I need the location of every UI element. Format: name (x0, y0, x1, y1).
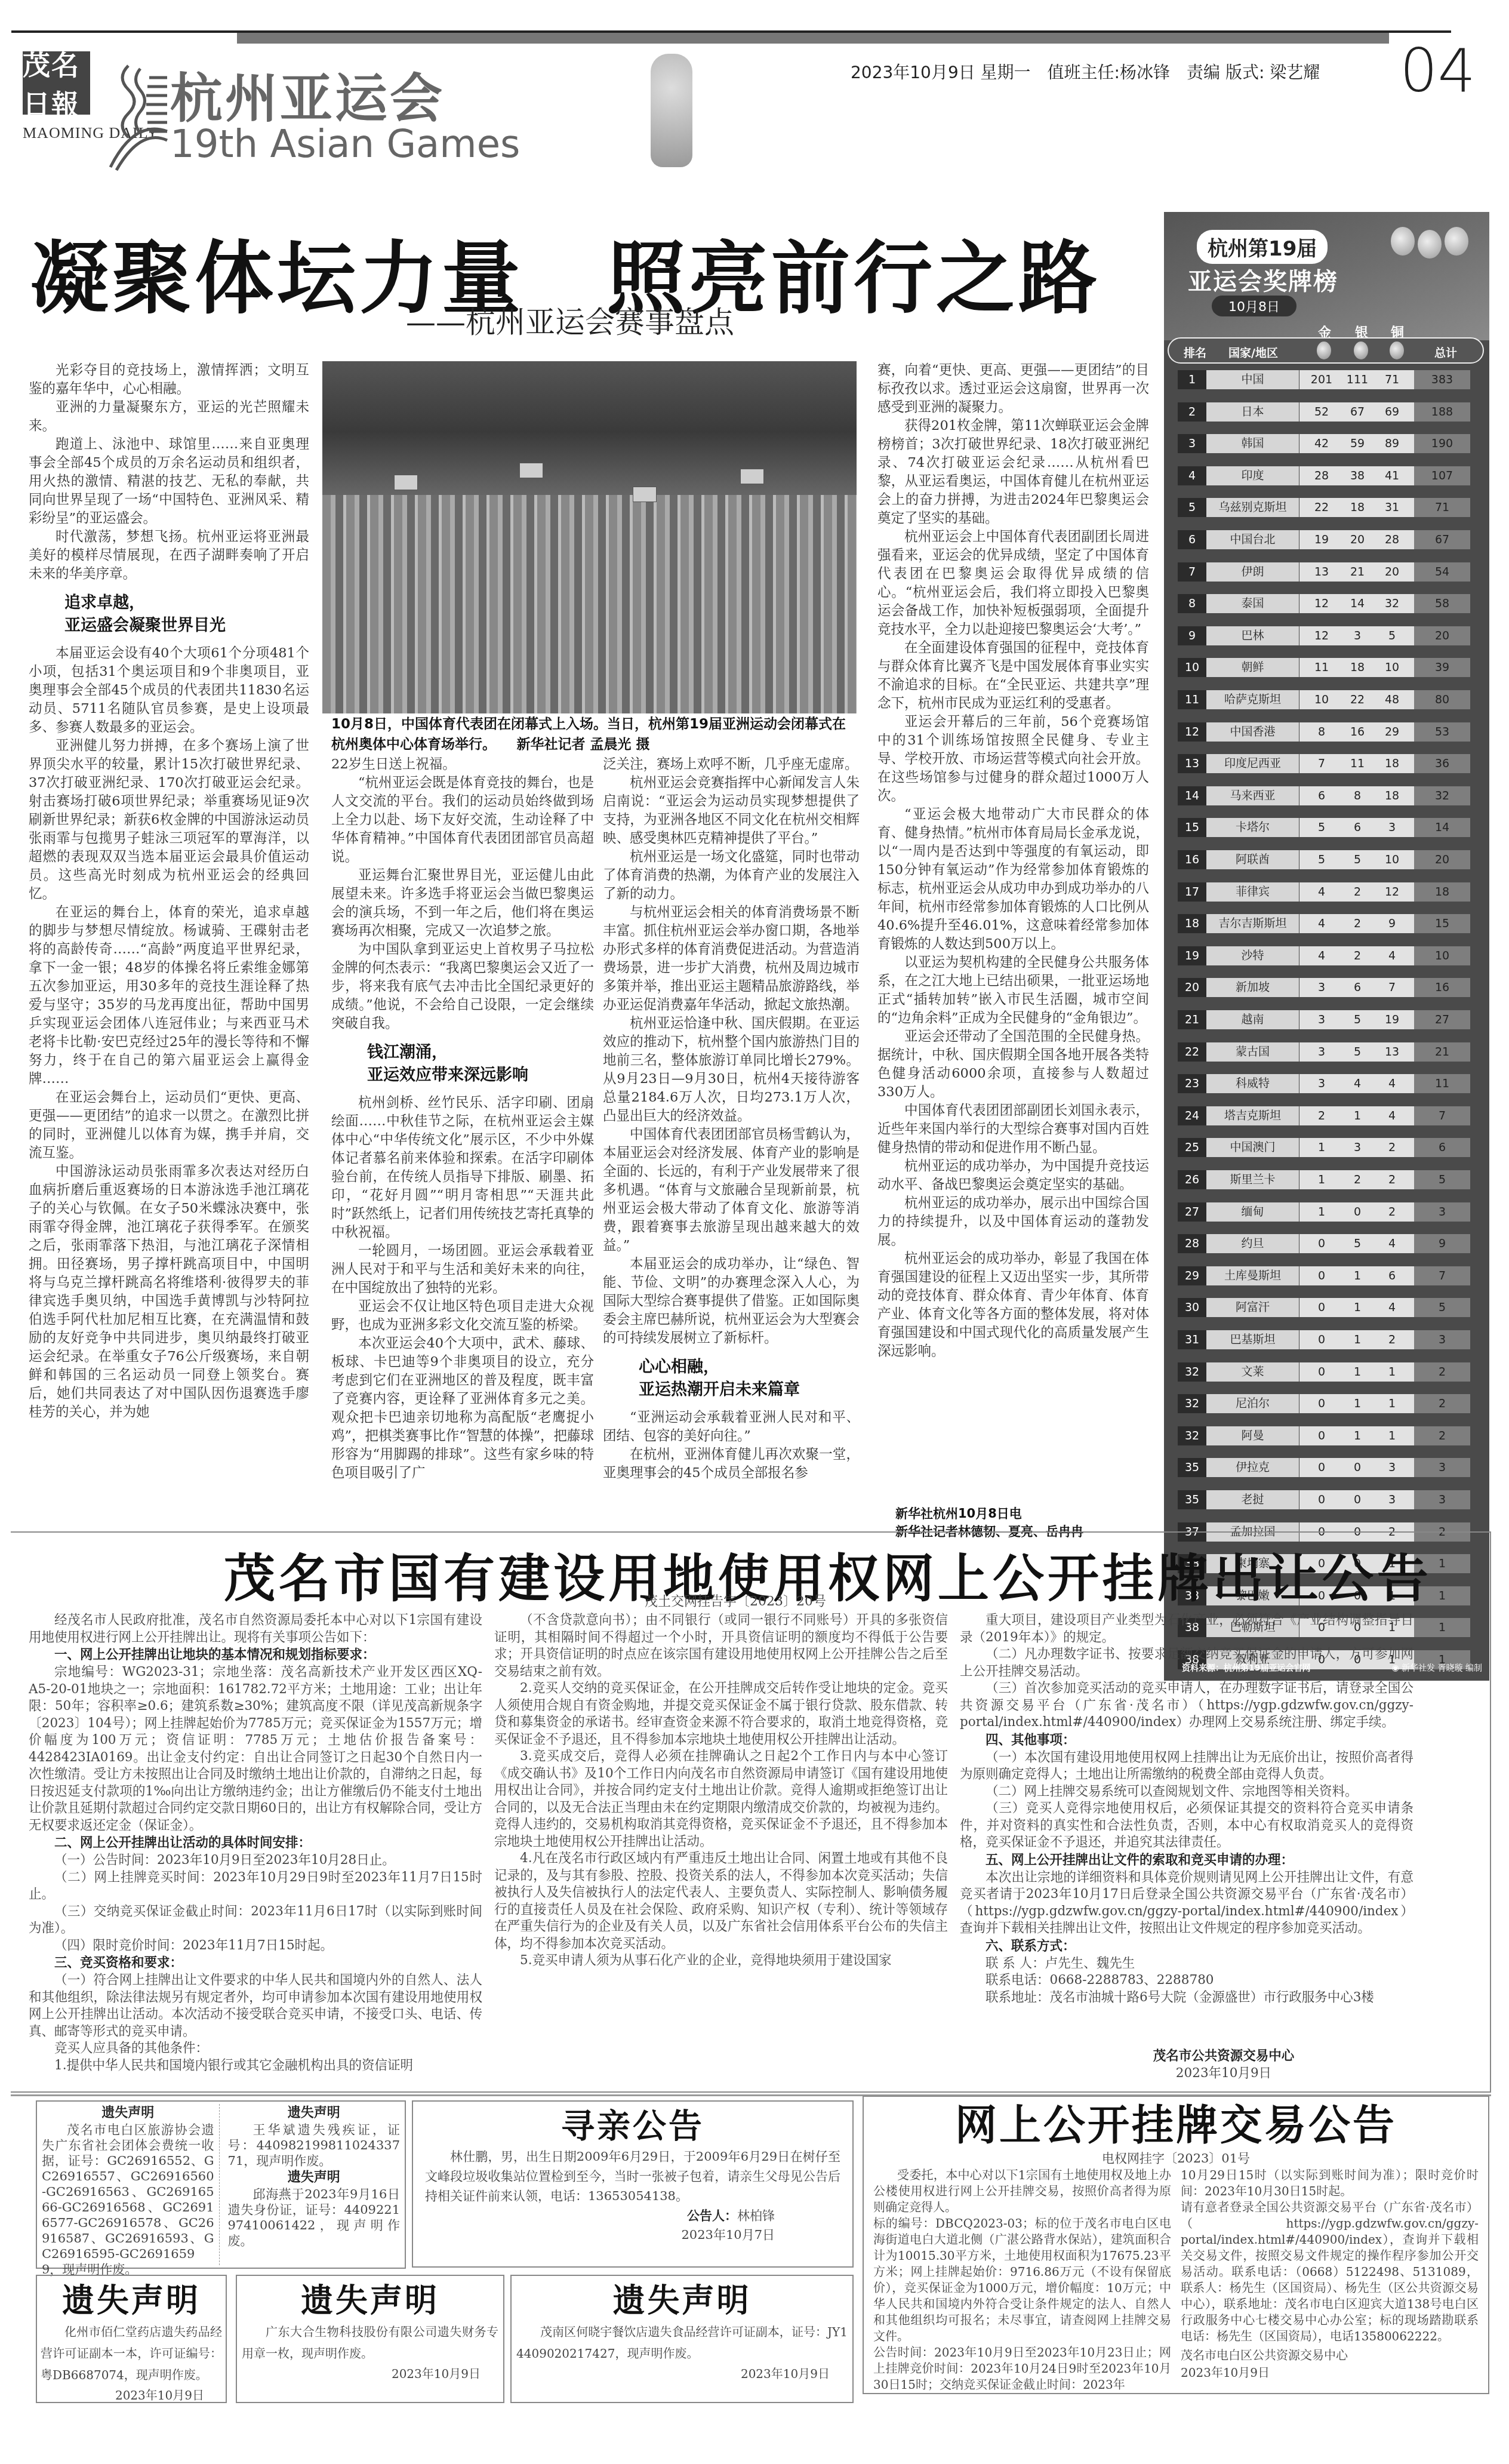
silver-count: 111 (1342, 370, 1372, 389)
total-count: 2 (1414, 1426, 1470, 1445)
notice-section-heading: 六、联系方式： (960, 1937, 1413, 1955)
silver-count: 59 (1342, 434, 1372, 453)
header-rank: 排名 (1184, 344, 1206, 361)
lost-notices-small-box: 遗失声明 茂名市电白区旅游协会遗失广东省社会团体会费统一收据，证号：GC2691… (36, 2100, 406, 2269)
notice-paragraph: 联系地址：茂名市油城十路6号大院（金源盛世）市行政服务中心3楼 (960, 1989, 1413, 2007)
bronze-count: 18 (1377, 754, 1407, 773)
article-column-2: 22岁生日送上祝福。 “杭州亚运会既是体育竞技的舞台，也是人文交流的平台。我们的… (331, 755, 594, 1525)
silver-count: 1 (1342, 1330, 1372, 1349)
country: 菲律宾 (1206, 882, 1299, 902)
medal-counts: 003 (1299, 1458, 1414, 1477)
medal-counts: 003 (1299, 1490, 1414, 1509)
silver-count: 2 (1342, 946, 1372, 965)
family-search-body: 林仕鹏，男，出生日期2009年6月29日，于2009年6月29日在树仔至文峰段垃… (425, 2147, 840, 2206)
total-count: 67 (1414, 530, 1470, 549)
notice-section-heading: 五、网上公开挂牌出让文件的索取和竞买申请的办理： (960, 1851, 1413, 1869)
rank: 5 (1178, 498, 1206, 517)
land-notice-signature: 茂名市公共资源交易中心 (1134, 2048, 1313, 2065)
bronze-count: 7 (1377, 978, 1407, 997)
total-count: 7 (1414, 1266, 1470, 1285)
country: 尼泊尔 (1206, 1394, 1299, 1413)
medal-counts: 71118 (1299, 754, 1414, 773)
total-count: 2 (1414, 1394, 1470, 1413)
notice-paragraph: 联 系 人：卢先生、魏先生 (960, 1955, 1413, 1973)
silver-count: 0 (1342, 1202, 1372, 1222)
country: 塔吉克斯坦 (1206, 1106, 1299, 1125)
paragraph: 跑道上、泳池中、球馆里……来自亚奥理事会全部45个成员的万余名运动员和组织者，用… (29, 435, 309, 528)
bronze-count: 32 (1377, 594, 1407, 613)
total-count: 20 (1414, 626, 1470, 645)
silver-count: 1 (1342, 1362, 1372, 1382)
total-count: 80 (1414, 690, 1470, 709)
total-count: 18 (1414, 882, 1470, 902)
paragraph: 杭州亚运是一场文化盛筵，同时也带动了体育消费的热潮，为体育产业的发展注入了新的动… (603, 848, 860, 903)
byline-dateline: 新华社杭州10月8日电 (895, 1505, 1083, 1522)
medal-table-row: 11哈萨克斯坦10224880 (1178, 690, 1470, 709)
rank: 16 (1178, 850, 1206, 869)
medal-counts: 1235 (1299, 626, 1414, 645)
total-count: 58 (1414, 594, 1470, 613)
bronze-medal-icon (1445, 227, 1468, 256)
bronze-count: 4 (1377, 1074, 1407, 1093)
medal-counts: 122 (1299, 1170, 1414, 1189)
gold-count: 11 (1307, 658, 1336, 677)
silver-count: 5 (1342, 850, 1372, 869)
medal-table-row: 12中国香港8162953 (1178, 722, 1470, 742)
medal-counts: 011 (1299, 1362, 1414, 1382)
medal-table-row: 5乌兹别克斯坦22183171 (1178, 498, 1470, 517)
total-count: 9 (1414, 1234, 1470, 1253)
gold-count: 19 (1307, 530, 1336, 549)
medal-counts: 012 (1299, 1330, 1414, 1349)
rank: 31 (1178, 1330, 1206, 1349)
country: 新加坡 (1206, 978, 1299, 997)
online-listing-column-1: 受委托，本中心对以下1宗国有土地使用权及地上办公楼使用权进行网上公开挂牌交易，按… (873, 2167, 1171, 2393)
rank: 32 (1178, 1426, 1206, 1445)
lost-notice-date: 2023年10月9日 (41, 2386, 204, 2403)
total-count: 190 (1414, 434, 1470, 453)
silver-count: 1 (1342, 1266, 1372, 1285)
notice-paragraph: （一）本次国有建设用地使用权网上挂牌出让为无底价出让，按照价高者得为原则确定竞得… (960, 1749, 1413, 1783)
notice-paragraph: 4.凡在茂名市行政区域内有严重违反土地出让合同、闲置土地或有其他不良记录的，及与… (494, 1850, 948, 1952)
rank: 13 (1178, 754, 1206, 773)
paragraph: 本次亚运会40个大项中，武术、藤球、板球、卡巴迪等9个非奥项目的设立，充分考虑到… (331, 1334, 594, 1482)
country: 中国香港 (1206, 722, 1299, 742)
medal-counts: 011 (1299, 1426, 1414, 1445)
online-listing-notice: 网上公开挂牌交易公告 电权网挂字〔2023〕01号 受委托，本中心对以下1宗国有… (863, 2096, 1489, 2394)
silver-count: 8 (1342, 786, 1372, 805)
silver-count: 38 (1342, 466, 1372, 485)
bronze-medal-icon (1390, 342, 1404, 359)
medal-counts: 132 (1299, 1138, 1414, 1157)
online-listing-date: 2023年10月9日 (1181, 2364, 1479, 2382)
medal-table-header-art: 杭州第19届 亚运会奖牌榜 10月8日 金 银 铜 (1164, 212, 1489, 340)
rank: 35 (1178, 1490, 1206, 1509)
rank: 25 (1178, 1138, 1206, 1157)
paragraph: 杭州亚运的成功举办，为中国提升竞技运动水平、备战巴黎奥运会奠定坚实的基础。 (877, 1157, 1149, 1194)
rank: 17 (1178, 882, 1206, 902)
total-count: 107 (1414, 466, 1470, 485)
medal-counts: 3519 (1299, 1010, 1414, 1029)
bronze-count: 69 (1377, 402, 1407, 422)
country: 伊朗 (1206, 562, 1299, 582)
bronze-count: 6 (1377, 1266, 1407, 1285)
country: 伊拉克 (1206, 1458, 1299, 1477)
rank: 32 (1178, 1362, 1206, 1382)
bronze-count: 1 (1377, 1394, 1407, 1413)
flag-icon (394, 475, 418, 490)
notice-section-heading: 四、其他事项： (960, 1731, 1413, 1749)
silver-count: 6 (1342, 818, 1372, 837)
total-count: 16 (1414, 978, 1470, 997)
photo-caption: 10月8日，中国体育代表团在闭幕式上入场。当日，杭州第19届亚洲运动会闭幕式在杭… (331, 714, 851, 755)
notice-paragraph: （二）凡办理数字证书、按要求足额交纳竞买保证金的申请人，方可参加网上公开挂牌交易… (960, 1646, 1413, 1680)
photo-crowd (322, 495, 857, 713)
gold-count: 1 (1307, 1202, 1336, 1222)
paragraph: 杭州亚运恰逢中秋、国庆假期。在亚运效应的推动下，杭州整个国内旅游热门目的地前三名… (603, 1014, 860, 1125)
medal-counts: 424 (1299, 946, 1414, 965)
silver-count: 0 (1342, 1458, 1372, 1477)
total-count: 3 (1414, 1458, 1470, 1477)
medal-counts: 014 (1299, 1298, 1414, 1317)
gold-count: 3 (1307, 1074, 1336, 1093)
gold-count: 28 (1307, 466, 1336, 485)
total-count: 5 (1414, 1170, 1470, 1189)
total-count: 2 (1414, 1362, 1470, 1382)
gold-count: 7 (1307, 754, 1336, 773)
medal-counts: 192028 (1299, 530, 1414, 549)
silver-count: 11 (1342, 754, 1372, 773)
paragraph: 亚运会不仅让地区特色项目走进大众视野，也成为亚洲多彩文化交流互鉴的桥梁。 (331, 1297, 594, 1334)
country: 泰国 (1206, 594, 1299, 613)
medal-table-row: 10朝鲜11181039 (1178, 658, 1470, 677)
silver-count: 1 (1342, 1106, 1372, 1125)
country: 韩国 (1206, 434, 1299, 453)
medal-table-row: 8泰国12143258 (1178, 594, 1470, 613)
bronze-count: 2 (1377, 1330, 1407, 1349)
lost-notice-date: 2023年10月9日 (516, 2364, 830, 2382)
gold-count: 52 (1307, 402, 1336, 422)
gold-count: 12 (1307, 626, 1336, 645)
medal-table-row: 9巴林123520 (1178, 626, 1470, 645)
gold-count: 12 (1307, 594, 1336, 613)
silver-count: 5 (1342, 1010, 1372, 1029)
bronze-count: 2 (1377, 1138, 1407, 1157)
section-heading: 追求卓越，亚运盛会凝聚世界目光 (64, 592, 309, 637)
rank: 4 (1178, 466, 1206, 485)
silver-count: 1 (1342, 1394, 1372, 1413)
bronze-count: 2 (1377, 1170, 1407, 1189)
country: 科威特 (1206, 1074, 1299, 1093)
land-notice-number: 茂土交网挂告字〔2023〕20号 (645, 1591, 826, 1610)
total-count: 3 (1414, 1202, 1470, 1222)
land-notice-column-1: 经茂名市人民政府批准，茂名市自然资源局委托本中心对以下1宗国有建设用地使用权进行… (29, 1612, 482, 2090)
medal-table-row: 24塔吉克斯坦2147 (1178, 1106, 1470, 1125)
paragraph: 在亚运的舞台上，体育的荣光，追求卓越的脚步与梦想尽情绽放。杨诚骑、王碟射击老将的… (29, 903, 309, 1088)
medal-counts: 5510 (1299, 850, 1414, 869)
lost-notice-big-2: 遗失声明 广东大合生物科技股份有限公司遗失财务专用章一枚，现声明作废。 2023… (236, 2275, 504, 2403)
land-notice-column-3: 重大项目，建设项目产业类型为石化产业，必须符合《产业结构调整指导目录（2019年… (960, 1612, 1413, 2090)
bronze-count: 20 (1377, 562, 1407, 582)
country: 蒙古国 (1206, 1042, 1299, 1062)
country: 缅甸 (1206, 1202, 1299, 1222)
total-count: 188 (1414, 402, 1470, 422)
paragraph: “亚运会极大地带动广大市民群众的体育、健身热情。”杭州市体育局局长金承龙说，以“… (877, 805, 1149, 953)
medal-counts: 111810 (1299, 658, 1414, 677)
total-count: 20 (1414, 850, 1470, 869)
medal-table-row: 13印度尼西亚7111836 (1178, 754, 1470, 773)
bronze-count: 4 (1377, 946, 1407, 965)
paragraph: 亚运会开幕后的三年前，56个竞赛场馆中的31个训练场馆按照全民健身、专业主导、学… (877, 713, 1149, 805)
online-listing-title: 网上公开挂牌交易公告 (873, 2102, 1479, 2149)
bronze-count: 13 (1377, 1042, 1407, 1062)
bronze-count: 48 (1377, 690, 1407, 709)
paragraph: “杭州亚运会既是体育竞技的舞台，也是人文交流的平台。我们的运动员始终做到场上全力… (331, 774, 594, 866)
rank: 1 (1178, 370, 1206, 389)
rank: 27 (1178, 1202, 1206, 1222)
gold-count: 0 (1307, 1490, 1336, 1509)
medal-table-row: 32尼泊尔0112 (1178, 1394, 1470, 1413)
header-total: 总计 (1434, 344, 1457, 361)
paragraph: “亚洲运动会承载着亚洲人民对和平、团结、包容的美好向往。” (603, 1408, 860, 1445)
medal-table-row: 18吉尔吉斯斯坦42915 (1178, 914, 1470, 933)
gold-count: 1 (1307, 1138, 1336, 1157)
country: 沙特 (1206, 946, 1299, 965)
lost-notice-1: 遗失声明 茂名市电白区旅游协会遗失广东省社会团体会费统一收据，证号：GC2691… (42, 2104, 220, 2265)
bronze-count: 28 (1377, 530, 1407, 549)
silver-count: 1 (1342, 1426, 1372, 1445)
paragraph: 在杭州，亚洲体育健儿再次欢聚一堂，亚奥理事会的45个成员全部报名参 (603, 1445, 860, 1482)
total-count: 53 (1414, 722, 1470, 742)
paragraph: 以亚运为契机构建的全民健身公共服务体系，在之江大地上已结出硕果，一批亚运场地正式… (877, 953, 1149, 1028)
bronze-count: 19 (1377, 1010, 1407, 1029)
bronze-count: 10 (1377, 658, 1407, 677)
land-notice-date: 2023年10月9日 (1134, 2065, 1313, 2082)
family-search-notice: 寻亲公告 林仕鹏，男，出生日期2009年6月29日，于2009年6月29日在树仔… (412, 2100, 854, 2268)
country: 约旦 (1206, 1234, 1299, 1253)
paragraph: 22岁生日送上祝福。 (331, 755, 594, 774)
country: 斯里兰卡 (1206, 1170, 1299, 1189)
paragraph: 在亚运会舞台上，运动员们“更快、更高、更强——更团结”的追求一以贯之。在激烈比拼… (29, 1088, 309, 1162)
country: 卡塔尔 (1206, 818, 1299, 837)
paragraph: 杭州剑桥、丝竹民乐、活字印刷、团扇绘面……中秋佳节之际，在杭州亚运会主媒体中心“… (331, 1094, 594, 1242)
medal-counts: 4212 (1299, 882, 1414, 902)
rank: 28 (1178, 1234, 1206, 1253)
country: 阿富汗 (1206, 1298, 1299, 1317)
medal-table-graphic: 杭州第19届 亚运会奖牌榜 10月8日 金 银 铜 排名 国家/地区 总计 1中… (1164, 212, 1489, 1681)
gold-count: 0 (1307, 1426, 1336, 1445)
medal-table-row: 3韩国425989190 (1178, 434, 1470, 453)
rank: 12 (1178, 722, 1206, 742)
medal-table-row: 17菲律宾421218 (1178, 882, 1470, 902)
medal-table-row: 29土库曼斯坦0167 (1178, 1266, 1470, 1285)
total-count: 5 (1414, 1298, 1470, 1317)
medal-table-row: 16阿联酋551020 (1178, 850, 1470, 869)
country: 印度 (1206, 466, 1299, 485)
land-notice-signature-block: 茂名市公共资源交易中心 2023年10月9日 (1134, 2048, 1313, 2082)
land-notice-title: 茂名市国有建设用地使用权网上公开挂牌出让公告 (224, 1537, 1432, 1611)
medal-counts: 3513 (1299, 1042, 1414, 1062)
country: 越南 (1206, 1010, 1299, 1029)
medal-counts: 367 (1299, 978, 1414, 997)
family-search-date: 2023年10月7日 (425, 2225, 775, 2244)
gold-count: 0 (1307, 1266, 1336, 1285)
silver-count: 1 (1342, 1298, 1372, 1317)
medal-counts: 221831 (1299, 498, 1414, 517)
rank: 11 (1178, 690, 1206, 709)
silver-count: 5 (1342, 1042, 1372, 1062)
online-listing-number: 电权网挂字〔2023〕01号 (873, 2149, 1479, 2167)
rank: 30 (1178, 1298, 1206, 1317)
country: 阿曼 (1206, 1426, 1299, 1445)
medal-table-row: 28约旦0549 (1178, 1234, 1470, 1253)
family-search-announcer: 公告人：林柏锋 (425, 2206, 775, 2225)
lost-notice-title: 遗失声明 (242, 2280, 498, 2321)
family-search-title: 寻亲公告 (425, 2105, 840, 2147)
rank: 6 (1178, 530, 1206, 549)
notice-paragraph: （四）限时竞价时间：2023年11月7日15时起。 (29, 1937, 482, 1955)
medal-table-row: 22蒙古国351321 (1178, 1042, 1470, 1062)
gold-count: 13 (1307, 562, 1336, 582)
medal-counts: 20111171 (1299, 370, 1414, 389)
paragraph: 中国游泳运动员张雨霏多次表达对经历白血病折磨后重返赛场的日本游泳选手池江璃花子的… (29, 1162, 309, 1422)
land-notice-column-2: （不含贷款意向书）；由不同银行（或同一银行不同账号）开具的多张资信证明，其相隔时… (494, 1612, 948, 2090)
paragraph: 亚洲的力量凝聚东方，亚运的光芒照耀未来。 (29, 398, 309, 435)
section-subtitle: 19th Asian Games (170, 122, 520, 167)
silver-count: 2 (1342, 1170, 1372, 1189)
medal-table-row: 23科威特34411 (1178, 1074, 1470, 1093)
gold-count: 8 (1307, 722, 1336, 742)
medal-table-row: 4印度283841107 (1178, 466, 1470, 485)
bronze-count: 89 (1377, 434, 1407, 453)
medal-counts: 132120 (1299, 562, 1414, 582)
rank: 2 (1178, 402, 1206, 422)
notice-paragraph: （三）首次参加竞买活动的竞买申请人，在办理数字证书后，请登录全国公共资源交易平台… (960, 1680, 1413, 1731)
country: 中国澳门 (1206, 1138, 1299, 1157)
medal-counts: 283841 (1299, 466, 1414, 485)
medal-table-row: 31巴基斯坦0123 (1178, 1330, 1470, 1349)
closing-ceremony-photo (322, 361, 857, 713)
gold-count: 10 (1307, 690, 1336, 709)
medal-table-row: 21越南351927 (1178, 1010, 1470, 1029)
lost-notice-body: 广东大合生物科技股份有限公司遗失财务专用章一枚，现声明作废。 (242, 2321, 498, 2364)
gold-count: 0 (1307, 1394, 1336, 1413)
country: 中国 (1206, 370, 1299, 389)
rank: 20 (1178, 978, 1206, 997)
section-heading: 钱江潮涌，亚运效应带来深远影响 (367, 1041, 594, 1087)
rank: 32 (1178, 1394, 1206, 1413)
article-column-1: 光彩夺目的竞技场上，激情挥洒；文明互鉴的嘉年华中，心心相融。 亚洲的力量凝聚东方… (29, 361, 309, 1525)
bronze-count: 1 (1377, 1426, 1407, 1445)
gold-count: 3 (1307, 1010, 1336, 1029)
silver-count: 21 (1342, 562, 1372, 582)
notice-section-heading: 二、网上公开挂牌出让活动的具体时间安排： (29, 1834, 482, 1852)
country: 中国台北 (1206, 530, 1299, 549)
paragraph: 一轮圆月，一场团圆。亚运会承载着亚洲人民对于和平与生活和美好未来的向往，在中国绽… (331, 1242, 594, 1297)
total-count: 7 (1414, 1106, 1470, 1125)
paper-logo: 茂名日報 (23, 51, 90, 115)
lost-notice-title: 遗失声明 (228, 2104, 401, 2122)
medal-table-row: 15卡塔尔56314 (1178, 818, 1470, 837)
gold-count: 2 (1307, 1106, 1336, 1125)
silver-count: 18 (1342, 498, 1372, 517)
online-listing-signature: 茂名市电白区公共资源交易中心 (1181, 2347, 1479, 2364)
country: 阿联酋 (1206, 850, 1299, 869)
flag-icon (633, 487, 657, 502)
lost-notice-title: 遗失声明 (41, 2280, 222, 2321)
total-count: 54 (1414, 562, 1470, 582)
silver-count: 5 (1342, 1234, 1372, 1253)
notice-paragraph: 经茂名市人民政府批准，茂名市自然资源局委托本中心对以下1宗国有建设用地使用权进行… (29, 1612, 482, 1646)
paragraph: 中国体育代表团团部副团长刘国永表示，近些年来国内举行的大型综合赛事对国内百姓健身… (877, 1102, 1149, 1157)
lost-notice-title: 遗失声明 (42, 2104, 214, 2122)
medal-table-row: 19沙特42410 (1178, 946, 1470, 965)
total-count: 21 (1414, 1042, 1470, 1062)
gold-count: 42 (1307, 434, 1336, 453)
masthead-bar (237, 33, 1389, 44)
silver-count: 6 (1342, 978, 1372, 997)
paragraph: 中国体育代表团团部官员杨雪鹤认为，本届亚运会对经济发展、体育产业的影响是全面的、… (603, 1125, 860, 1255)
gold-count: 0 (1307, 1298, 1336, 1317)
medal-table-row: 25中国澳门1326 (1178, 1138, 1470, 1157)
bronze-count: 5 (1377, 626, 1407, 645)
notice-paragraph: 重大项目，建设项目产业类型为石化产业，必须符合《产业结构调整指导目录（2019年… (960, 1612, 1413, 1646)
total-count: 15 (1414, 914, 1470, 933)
bronze-count: 4 (1377, 1298, 1407, 1317)
medal-counts: 102 (1299, 1202, 1414, 1222)
notice-paragraph: 1.提供中华人民共和国境内银行或其它金融机构出具的资信证明 (29, 2057, 482, 2075)
paragraph: 本届亚运会的成功举办，让“绿色、智能、节俭、文明”的办赛理念深入人心，为国际大型… (603, 1255, 860, 1348)
country: 乌兹别克斯坦 (1206, 498, 1299, 517)
gold-count: 4 (1307, 946, 1336, 965)
country: 老挝 (1206, 1490, 1299, 1509)
medal-counts: 6818 (1299, 786, 1414, 805)
medal-table-row: 14马来西亚681832 (1178, 786, 1470, 805)
notice-paragraph: （三）交纳竞买保证金截止时间：2023年11月6日17时（以实际到账时间为准）。 (29, 1903, 482, 1937)
paragraph: 杭州亚运会竞赛指挥中心新闻发言人朱启南说：“亚运会为运动员实现梦想提供了支持，为… (603, 774, 860, 848)
mascot-icon (651, 54, 692, 167)
rank: 19 (1178, 946, 1206, 965)
medal-table-row: 32文莱0112 (1178, 1362, 1470, 1382)
total-count: 71 (1414, 498, 1470, 517)
medal-table-row: 1中国20111171383 (1178, 370, 1470, 389)
paragraph: 杭州亚运的成功举办，展示出中国综合国力的持续提升，以及中国体育运动的蓬勃发展。 (877, 1194, 1149, 1250)
paragraph: 亚运会还带动了全国范围的全民健身热。据统计，中秋、国庆假期全国各地开展各类特色健… (877, 1028, 1149, 1102)
total-count: 39 (1414, 658, 1470, 677)
total-count: 383 (1414, 370, 1470, 389)
silver-count: 18 (1342, 658, 1372, 677)
medal-table-row: 20新加坡36716 (1178, 978, 1470, 997)
notice-paragraph: 2.竞买人交纳的竞买保证金，在公开挂牌成交后转作受让地块的定金。竞买人须使用合规… (494, 1680, 948, 1748)
lost-notice-date: 2023年10月9日 (242, 2364, 481, 2382)
medal-counts: 016 (1299, 1266, 1414, 1285)
total-count: 6 (1414, 1138, 1470, 1157)
notice-paragraph: 本次出让宗地的详细资料和具体竞价规则请见网上公开挂牌出让文件，有意竞买者请于20… (960, 1869, 1413, 1937)
article-column-4: 赛，向着“更快、更高、更强——更团结”的目标孜孜以求。透过亚运会这扇窗，世界再一… (877, 361, 1149, 1508)
paragraph: 为中国队拿到亚运史上首枚男子马拉松金牌的何杰表示：“我离巴黎奥运会又近了一步，将… (331, 940, 594, 1033)
medal-table-row: 2日本526769188 (1178, 402, 1470, 422)
silver-count: 0 (1342, 1490, 1372, 1509)
total-count: 3 (1414, 1490, 1470, 1509)
notice-section-heading: 三、竞买资格和要求： (29, 1954, 482, 1972)
notice-section-heading: 一、网上公开挂牌出让地块的基本情况和规划指标要求： (29, 1646, 482, 1664)
country: 吉尔吉斯斯坦 (1206, 914, 1299, 933)
notice-paragraph: 宗地编号：WG2023-31；宗地坐落：茂名高新技术产业开发区西区XQ-A5-2… (29, 1664, 482, 1834)
gold-count: 4 (1307, 882, 1336, 902)
rank: 3 (1178, 434, 1206, 453)
notice-paragraph: 3.竞买成交后，竞得人必须在挂牌确认之日起2个工作日内与本中心签订《成交确认书》… (494, 1748, 948, 1850)
silver-count: 3 (1342, 626, 1372, 645)
